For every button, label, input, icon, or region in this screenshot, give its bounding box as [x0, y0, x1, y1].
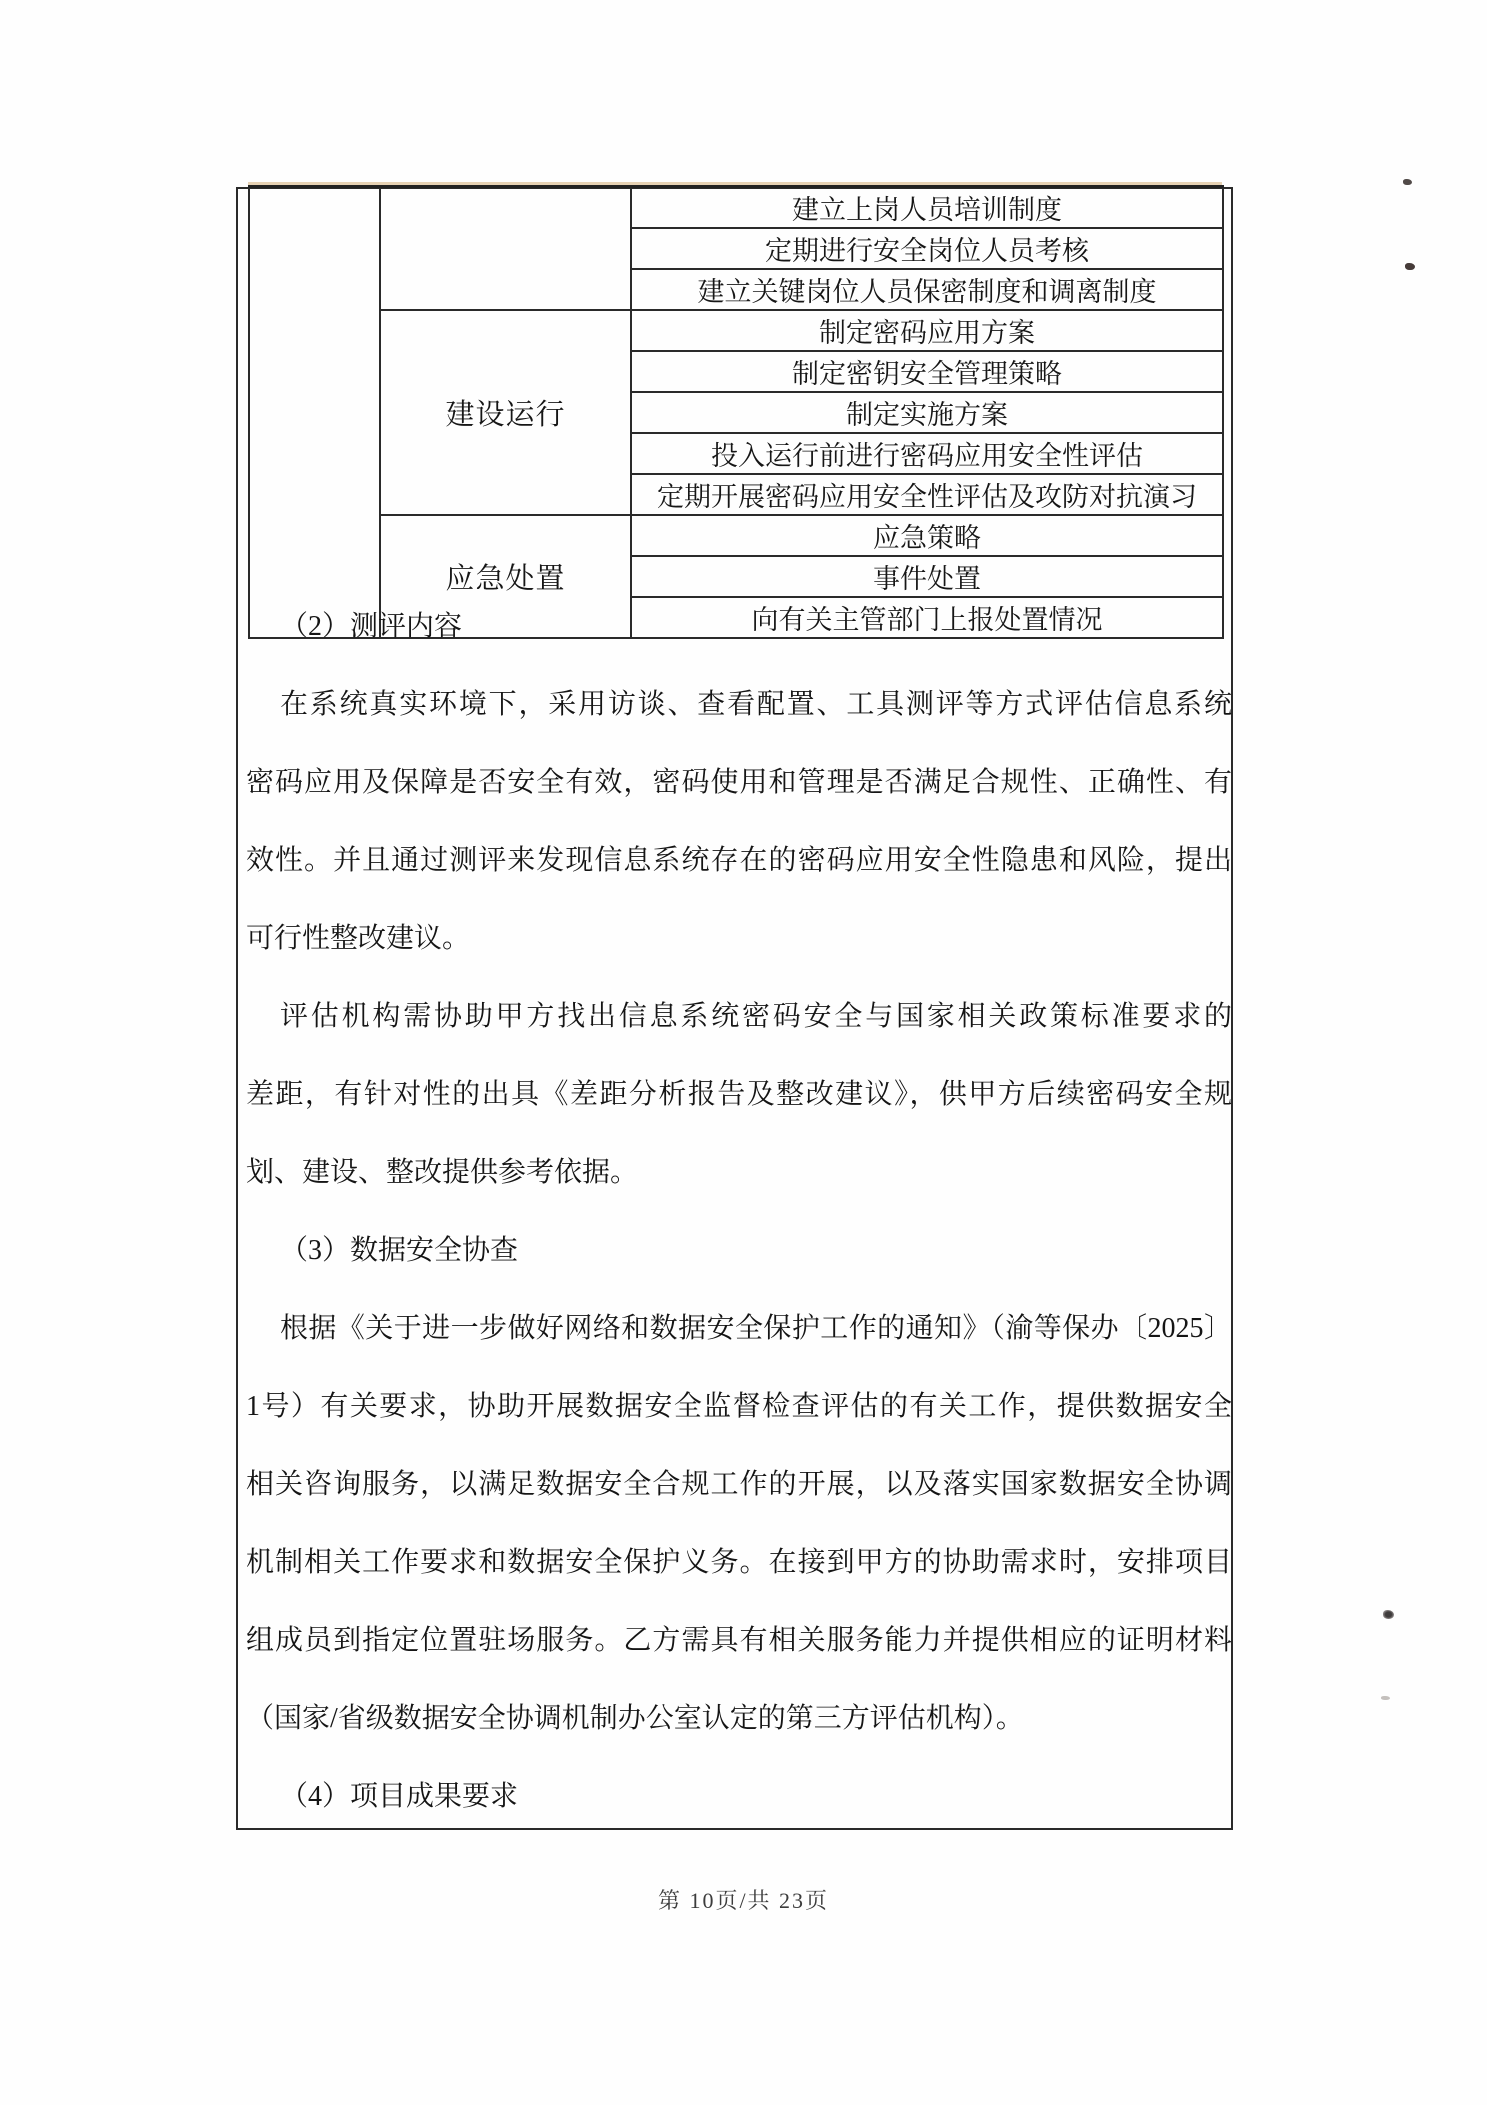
- table-item: 制定密钥安全管理策略: [631, 351, 1223, 392]
- table-item: 建立上岗人员培训制度: [631, 187, 1223, 229]
- table-item: 投入运行前进行密码应用安全性评估: [631, 433, 1223, 474]
- paragraph-line: 根据《关于进一步做好网络和数据安全保护工作的通知》（渝等保办〔2025〕: [246, 1290, 1232, 1368]
- paragraph-line: 可行性整改建议。: [246, 900, 1232, 978]
- paragraph-line: 划、建设、整改提供参考依据。: [246, 1134, 1232, 1212]
- paragraph-line: 相关咨询服务，以满足数据安全合规工作的开展，以及落实国家数据安全协调: [246, 1446, 1232, 1524]
- paragraph-line: （国家/省级数据安全协调机制办公室认定的第三方评估机构）。: [246, 1680, 1232, 1758]
- paragraph-line: 组成员到指定位置驻场服务。乙方需具有相关服务能力并提供相应的证明材料: [246, 1602, 1232, 1680]
- paragraph-line: 差距，有针对性的出具《差距分析报告及整改建议》，供甲方后续密码安全规: [246, 1056, 1232, 1134]
- paragraph-line: 机制相关工作要求和数据安全保护义务。在接到甲方的协助需求时，安排项目: [246, 1524, 1232, 1602]
- table-item: 制定密码应用方案: [631, 310, 1223, 351]
- table-row: 建立上岗人员培训制度: [249, 187, 1223, 229]
- table-item: 制定实施方案: [631, 392, 1223, 433]
- table-item: 定期开展密码应用安全性评估及攻防对抗演习: [631, 474, 1223, 515]
- scan-artifact-speck: [1405, 263, 1415, 270]
- scan-artifact-speck: [1403, 179, 1412, 185]
- table-category-cell-empty: [249, 187, 380, 639]
- table-group-label-empty: [380, 187, 631, 311]
- table-row: 建设运行 制定密码应用方案: [249, 310, 1223, 351]
- table-group-label-construction-operation: 建设运行: [380, 310, 631, 515]
- page-footer: 第 10页/共 23页: [0, 1884, 1487, 1915]
- section-heading: （2）测评内容: [246, 588, 1232, 666]
- scan-artifact-speck: [1381, 1696, 1390, 1700]
- document-page: 建立上岗人员培训制度 定期进行安全岗位人员考核 建立关键岗位人员保密制度和调离制…: [0, 0, 1487, 2105]
- paragraph-line: 评估机构需协助甲方找出信息系统密码安全与国家相关政策标准要求的: [246, 978, 1232, 1056]
- section-heading: （4）项目成果要求: [246, 1758, 1232, 1836]
- table-item: 应急策略: [631, 515, 1223, 556]
- table-item: 定期进行安全岗位人员考核: [631, 228, 1223, 269]
- body-text: （2）测评内容 在系统真实环境下，采用访谈、查看配置、工具测评等方式评估信息系统…: [246, 588, 1232, 1836]
- paragraph-line: 密码应用及保障是否安全有效，密码使用和管理是否满足合规性、正确性、有: [246, 744, 1232, 822]
- security-operations-table: 建立上岗人员培训制度 定期进行安全岗位人员考核 建立关键岗位人员保密制度和调离制…: [248, 185, 1224, 639]
- scan-artifact-speck: [1383, 1610, 1394, 1619]
- paragraph-line: 在系统真实环境下，采用访谈、查看配置、工具测评等方式评估信息系统: [246, 666, 1232, 744]
- paragraph-line: 1号）有关要求，协助开展数据安全监督检查评估的有关工作，提供数据安全: [246, 1368, 1232, 1446]
- paragraph-line: 效性。并且通过测评来发现信息系统存在的密码应用安全性隐患和风险，提出: [246, 822, 1232, 900]
- table-item: 建立关键岗位人员保密制度和调离制度: [631, 269, 1223, 310]
- section-heading: （3）数据安全协查: [246, 1212, 1232, 1290]
- table-row: 应急处置 应急策略: [249, 515, 1223, 556]
